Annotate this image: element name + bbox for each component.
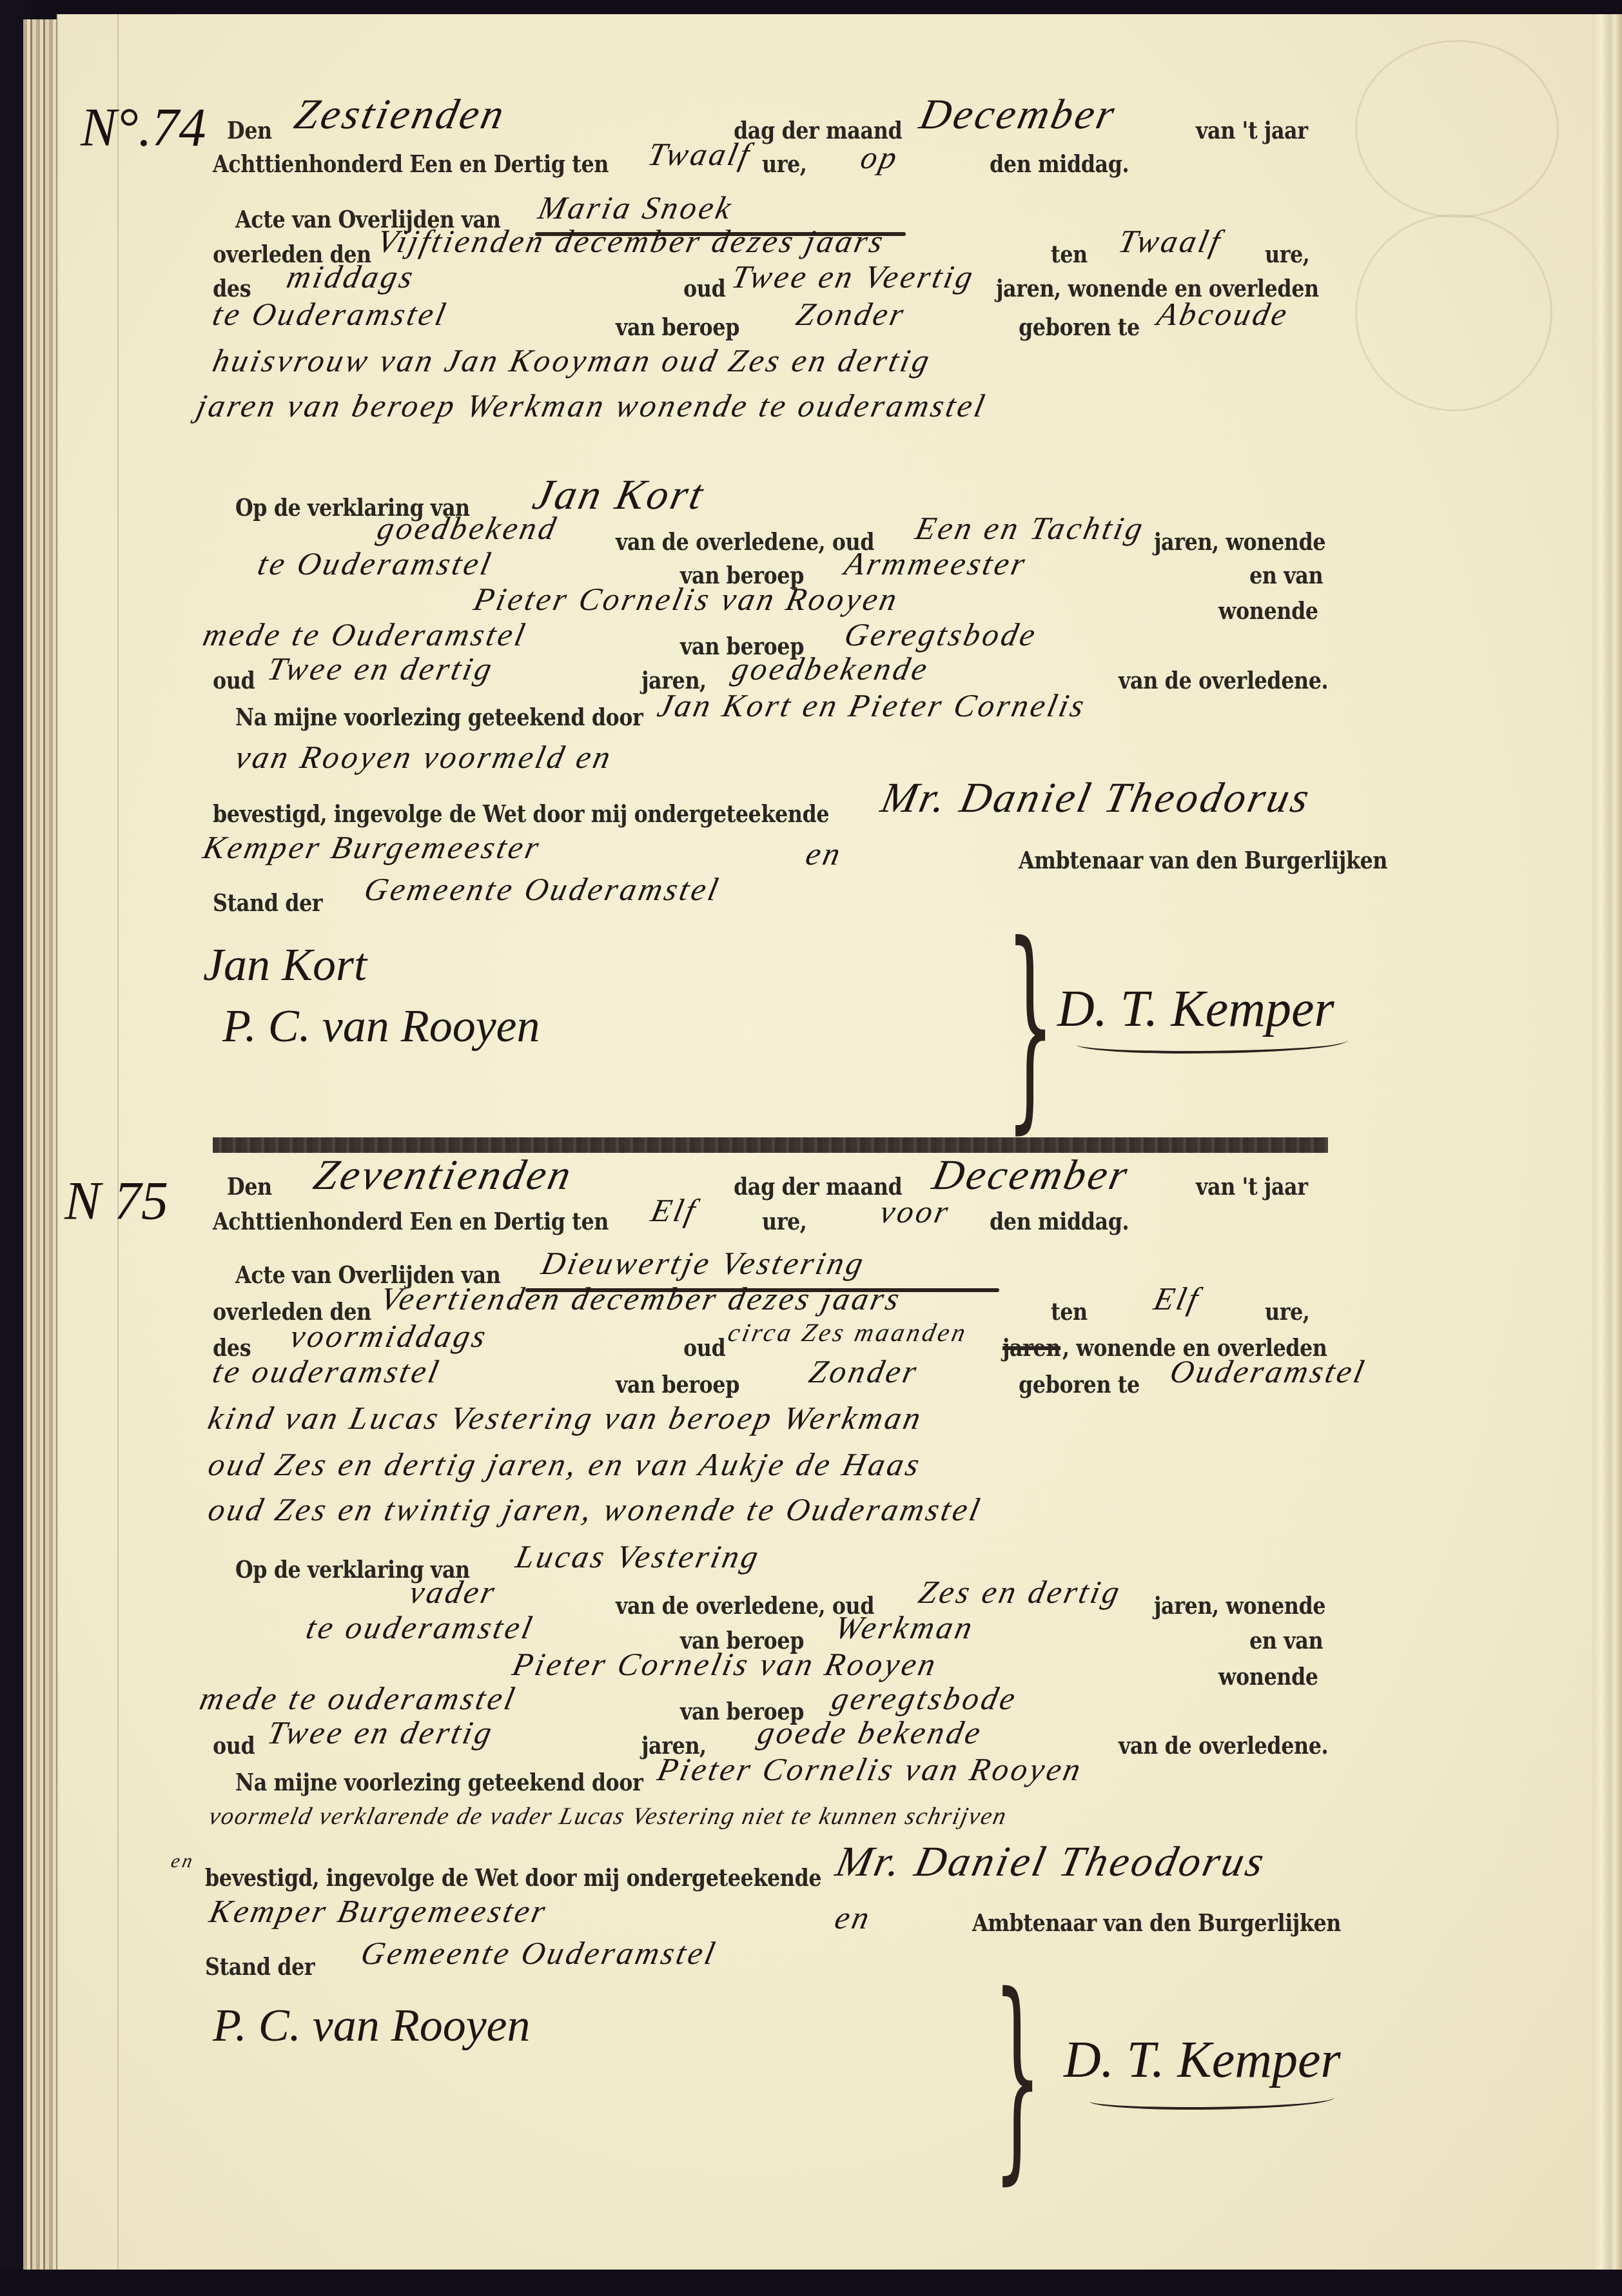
label-dag-der-maand: dag der maand	[734, 1172, 902, 1201]
entry-time-modifier: voor	[877, 1193, 954, 1230]
entry-time-modifier: op	[857, 139, 903, 176]
signature-left-1: P. C. van Rooyen	[213, 1999, 531, 2052]
label-jaren-wonende: jaren, wonende	[1154, 1591, 1325, 1620]
label-stand-der: Stand der	[205, 1952, 315, 1981]
declarant1-name: Lucas Vestering	[513, 1538, 764, 1575]
entry-hour: Elf	[648, 1192, 701, 1229]
label-ure-2: ure,	[1265, 240, 1310, 268]
label-geboren-te: geboren te	[1019, 1370, 1140, 1398]
residence: te Ouderamstel	[210, 295, 451, 333]
entry-day: Zeventienden	[309, 1151, 578, 1200]
declarant2-name: Pieter Cornelis van Rooyen	[471, 580, 903, 618]
label-en-van: en van	[1249, 1626, 1323, 1654]
died-hour: Elf	[1151, 1280, 1204, 1317]
entry-month: December	[915, 90, 1121, 139]
label-wonende: wonende	[1218, 1662, 1318, 1691]
signature-left-2: P. C. van Rooyen	[222, 999, 540, 1053]
born-at: Ouderamstel	[1167, 1353, 1370, 1390]
scan-bottom-edge	[0, 2270, 1622, 2296]
declarant1-age: Een en Tachtig	[912, 509, 1148, 547]
label-oud-2: oud	[213, 1731, 255, 1760]
label-den-middag: den middag.	[990, 1207, 1129, 1235]
label-ten: ten	[1051, 240, 1088, 268]
label-van-beroep: van beroep	[616, 1370, 739, 1398]
brace-icon: }	[1006, 916, 1055, 1135]
declarant2-name: Pieter Cornelis van Rooyen	[509, 1645, 941, 1683]
label-geboren-te: geboren te	[1019, 313, 1140, 341]
ink-stamp-bleed	[1355, 214, 1552, 411]
signed-by-cont: voormeld verklarende de vader Lucas Vest…	[206, 1802, 1010, 1830]
declarant2-residence: mede te ouderamstel	[197, 1680, 520, 1717]
official-cont: Kemper Burgemeester	[200, 829, 545, 866]
daypart: middags	[284, 258, 419, 295]
label-ure: ure,	[762, 150, 807, 178]
label-bevestigd: bevestigd, ingevolge de Wet door mij ond…	[213, 800, 829, 828]
entry-hour: Twaalf	[645, 135, 756, 173]
label-year: Achttienhonderd Een en Dertig ten	[213, 150, 609, 178]
entry-number: N°.74	[81, 97, 206, 159]
declarant2-residence: mede te Ouderamstel	[200, 616, 531, 653]
died-on: Vijftienden december dezes jaars	[374, 222, 889, 260]
label-ambtenaar: Ambtenaar van den Burgerlijken	[972, 1908, 1341, 1937]
declarant1-occupation: Armmeester	[841, 545, 1031, 582]
extra-line-1: huisvrouw van Jan Kooyman oud Zes en der…	[210, 342, 935, 379]
entry-number: N 75	[64, 1170, 168, 1233]
declarant2-age: Twee en dertig	[264, 650, 498, 687]
margin-rule	[117, 14, 119, 2274]
declarant2-occupation: geregtsbode	[828, 1680, 1021, 1717]
official-cont: Kemper Burgemeester	[206, 1892, 551, 1930]
label-den: Den	[227, 116, 272, 144]
municipality: Gemeente Ouderamstel	[361, 870, 724, 908]
label-year: Achttienhonderd Een en Dertig ten	[213, 1207, 609, 1235]
label-ten: ten	[1051, 1297, 1088, 1326]
label-van-t-jaar: van 't jaar	[1196, 1172, 1308, 1201]
extra-line-2: jaren van beroep Werkman wonende te oude…	[193, 387, 990, 424]
declarant1-relation: vader	[406, 1573, 500, 1611]
page-stack-edge	[23, 19, 62, 2282]
signature-right: D. T. Kemper	[1064, 2031, 1341, 2090]
label-van-t-jaar: van 't jaar	[1196, 116, 1308, 144]
declarant1-residence: te Ouderamstel	[255, 545, 496, 582]
declarant2-relation: goede bekende	[754, 1714, 986, 1751]
died-on: Veertienden december dezes jaars	[377, 1280, 905, 1317]
page-fold	[1592, 14, 1622, 2274]
died-hour: Twaalf	[1115, 222, 1226, 260]
signed-by: Pieter Cornelis van Rooyen	[654, 1751, 1086, 1788]
embossed-seal	[1355, 40, 1559, 218]
label-den: Den	[227, 1172, 272, 1201]
label-na-mijne-voorlezing: Na mijne voorlezing geteekend door	[235, 1768, 643, 1796]
label-jaren-wonende: jaren, wonende	[1154, 527, 1325, 556]
label-van-de-overledene-oud: van de overledene, oud	[616, 527, 874, 556]
declarant2-relation: goedbekende	[728, 650, 933, 687]
signed-by: Jan Kort en Pieter Cornelis	[654, 687, 1090, 724]
label-ambtenaar: Ambtenaar van den Burgerlijken	[1019, 846, 1387, 874]
born-at: Abcoude	[1154, 295, 1293, 333]
label-en-van: en van	[1249, 561, 1323, 589]
label-oud: oud	[683, 274, 725, 302]
declarant1-age: Zes en dertig	[915, 1573, 1125, 1611]
label-na-mijne-voorlezing: Na mijne voorlezing geteekend door	[235, 703, 643, 731]
deceased-name: Dieuwertje Vestering	[538, 1244, 869, 1282]
label-bevestigd: bevestigd, ingevolge de Wet door mij ond…	[205, 1863, 821, 1892]
label-oud-2: oud	[213, 666, 255, 694]
daypart: voormiddags	[287, 1317, 491, 1355]
declarant1-relation: goedbekend	[374, 509, 562, 547]
label-ure-2: ure,	[1265, 1297, 1310, 1326]
label-den-middag: den middag.	[990, 150, 1129, 178]
label-oud: oud	[683, 1333, 725, 1362]
label-van-de-overledene: van de overledene.	[1119, 1731, 1328, 1760]
age: circa Zes maanden	[725, 1317, 971, 1348]
occupation: Zonder	[806, 1353, 923, 1390]
entry-month: December	[928, 1151, 1134, 1200]
label-stand-der: Stand der	[213, 888, 322, 917]
residence: te ouderamstel	[210, 1353, 444, 1390]
official-prefix: en	[169, 1850, 197, 1872]
municipality: Gemeente Ouderamstel	[358, 1934, 721, 1972]
declarant1-residence: te ouderamstel	[303, 1609, 538, 1646]
declarant1-occupation: Werkman	[832, 1609, 978, 1646]
extra-line-1: kind van Lucas Vestering van beroep Werk…	[205, 1399, 926, 1437]
brace-icon: }	[993, 1967, 1042, 2186]
declarant2-age: Twee en dertig	[264, 1714, 498, 1751]
label-wonende: wonende	[1218, 596, 1318, 625]
label-ure: ure,	[762, 1207, 807, 1235]
signed-by-cont: van Rooyen voormeld en	[232, 738, 616, 776]
label-van-de-overledene-oud: van de overledene, oud	[616, 1591, 874, 1620]
declarant2-occupation: Geregtsbode	[841, 616, 1041, 653]
label-van-beroep: van beroep	[616, 313, 739, 341]
official-name: Mr. Daniel Theodorus	[832, 1838, 1271, 1887]
entry-day: Zestienden	[290, 90, 511, 139]
extra-line-2: oud Zes en dertig jaren, en van Aukje de…	[205, 1446, 925, 1483]
label-van-de-overledene: van de overledene.	[1119, 666, 1328, 694]
occupation: Zonder	[793, 295, 910, 333]
signature-right: D. T. Kemper	[1057, 980, 1334, 1039]
official-name: Mr. Daniel Theodorus	[877, 774, 1316, 823]
age: Twee en Veertig	[728, 258, 979, 295]
signature-left-1: Jan Kort	[203, 938, 367, 992]
deceased-name: Maria Snoek	[535, 189, 737, 226]
age-struck-jaren: jaren	[1002, 1333, 1060, 1362]
extra-line-3: oud Zes en twintig jaren, wonende te Oud…	[205, 1491, 986, 1528]
